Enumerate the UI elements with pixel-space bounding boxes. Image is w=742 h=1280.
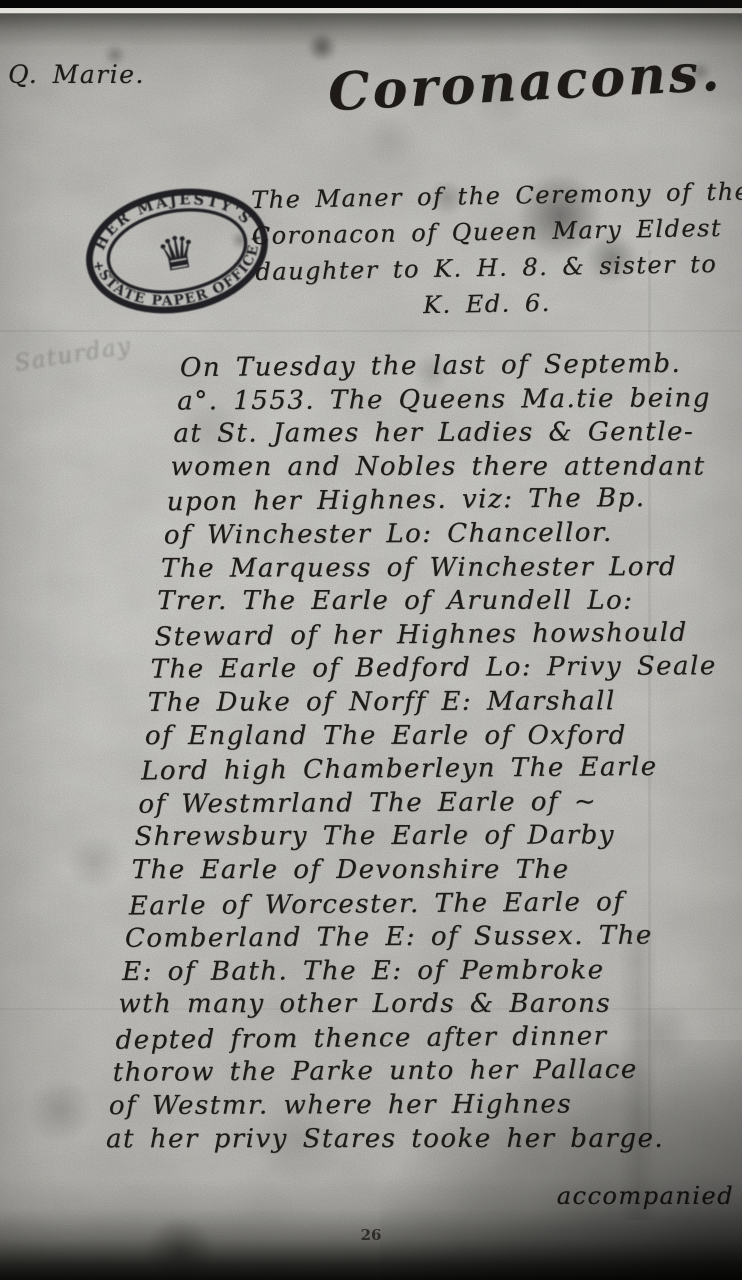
body-line: women and Nobles there attendant	[170, 450, 722, 484]
body-line: On Tuesday the last of Septemb.	[180, 347, 722, 385]
body-line: Comberland The E: of Sussex. The	[125, 919, 725, 956]
crown-icon: ♛	[153, 224, 202, 283]
body-line: upon her Highnes. viz: The Bp.	[167, 482, 723, 520]
stamp-left-cross-icon: +	[92, 259, 106, 276]
body-line: of England The Earle of Oxford	[144, 719, 723, 753]
body-line: a°. 1553. The Queens Ma.tie being	[177, 382, 723, 419]
body-line: The Marquess of Winchester Lord	[161, 550, 724, 586]
body-line: at St. James her Ladies & Gentle-	[173, 416, 722, 452]
document-heading: The Maner of the Ceremony of theCoronaco…	[251, 174, 721, 326]
body-line: The Duke of Norff E: Marshall	[148, 685, 724, 721]
body-text: On Tuesday the last of Septemb.a°. 1553.…	[102, 348, 726, 1157]
body-line: wth many other Lords & Barons	[119, 988, 726, 1022]
header-annotation: Q. Marie.	[8, 60, 145, 89]
body-line: The Earle of Devonshire The	[132, 854, 725, 888]
body-line: E: of Bath. The E: of Pembroke	[122, 954, 725, 990]
body-line: Steward of her Highnes howshould	[154, 616, 723, 655]
body-line: The Earle of Bedford Lo: Privy Seale	[151, 650, 724, 687]
body-line: Earle of Worcester. The Earle of	[128, 885, 725, 924]
bottom-right-shadow	[380, 1040, 742, 1280]
body-line: Lord high Chamberleyn The Earle	[141, 750, 724, 789]
body-line: of Westmrland The Earle of ~	[138, 785, 724, 822]
manuscript-scan: Q. Marie. Coronacons. HER MAJESTY'S STAT…	[0, 0, 742, 1280]
body-line: Shrewsbury The Earle of Darby	[135, 819, 725, 855]
body-line: Trer. The Earle of Arundell Lo:	[157, 585, 723, 619]
body-line: of Winchester Lo: Chancellor.	[164, 516, 723, 553]
horizontal-fold-line	[0, 330, 742, 332]
